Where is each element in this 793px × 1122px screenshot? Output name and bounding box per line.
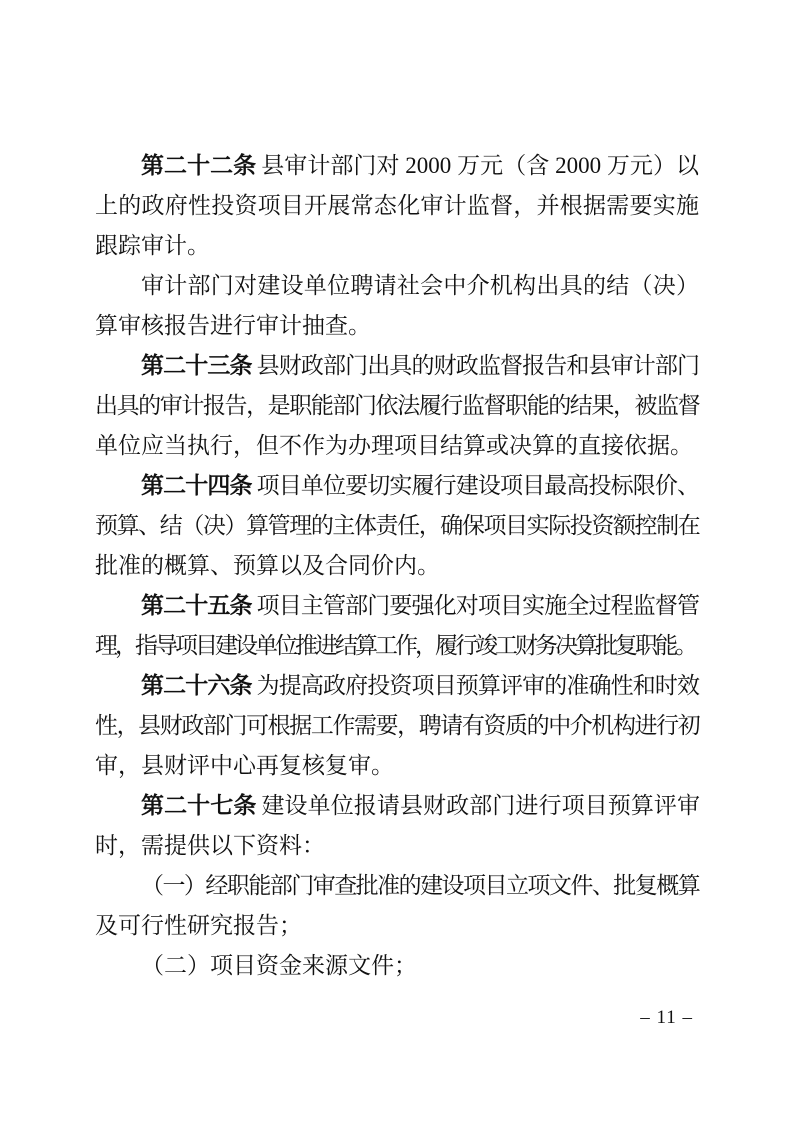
line-text: 项目主管部门要强化对项目实施全过程监督管: [257, 593, 699, 618]
line-text: 县审计部门对 2000 万元（含 2000 万元）以: [261, 153, 699, 178]
line-text: 建设单位报请县财政部门进行项目预算评审: [261, 793, 699, 818]
line-text: 为提高政府投资项目预算评审的准确性和时效: [257, 673, 699, 698]
document-line: （一）经职能部门审查批准的建设项目立项文件、批复概算: [95, 866, 699, 906]
document-line: 单位应当执行，但不作为办理项目结算或决算的直接依据。: [95, 426, 699, 466]
document-line: 跟踪审计。: [95, 226, 699, 266]
document-line: 第二十六条为提高政府投资项目预算评审的准确性和时效: [95, 666, 699, 706]
document-body: 第二十二条县审计部门对 2000 万元（含 2000 万元）以 上的政府性投资项…: [95, 146, 699, 986]
document-line: 性，县财政部门可根据工作需要，聘请有资质的中介机构进行初: [95, 706, 699, 746]
document-line: 及可行性研究报告；: [95, 906, 699, 946]
document-line: 第二十七条建设单位报请县财政部门进行项目预算评审: [95, 786, 699, 826]
line-text: 出具的审计报告，是职能部门依法履行监督职能的结果，被监督: [95, 393, 699, 418]
document-line: 审，县财评中心再复核复审。: [95, 746, 699, 786]
document-line: 出具的审计报告，是职能部门依法履行监督职能的结果，被监督: [95, 386, 699, 426]
document-line: 算审核报告进行审计抽查。: [95, 306, 699, 346]
line-text: 性，县财政部门可根据工作需要，聘请有资质的中介机构进行初: [95, 713, 699, 738]
document-line: 第二十五条项目主管部门要强化对项目实施全过程监督管: [95, 586, 699, 626]
line-text: 上的政府性投资项目开展常态化审计监督，并根据需要实施: [95, 193, 699, 218]
document-line: 批准的概算、预算以及合同价内。: [95, 546, 699, 586]
document-line: 时，需提供以下资料：: [95, 826, 699, 866]
line-text: 审计部门对建设单位聘请社会中介机构出具的结（决）: [141, 273, 699, 298]
document-line: 第二十三条县财政部门出具的财政监督报告和县审计部门: [95, 346, 699, 386]
article-number: 第二十二条: [141, 153, 256, 178]
line-text: （二）项目资金来源文件；: [141, 953, 417, 978]
line-text: 审，县财评中心再复核复审。: [95, 753, 394, 778]
line-text: 批准的概算、预算以及合同价内。: [95, 553, 440, 578]
line-text: （一）经职能部门审查批准的建设项目立项文件、批复概算: [141, 873, 699, 898]
line-text: 单位应当执行，但不作为办理项目结算或决算的直接依据。: [95, 433, 693, 458]
article-number: 第二十三条: [141, 353, 252, 378]
line-text: 预算、结（决）算管理的主体责任，确保项目实际投资额控制在: [95, 513, 699, 538]
document-line: 第二十二条县审计部门对 2000 万元（含 2000 万元）以: [95, 146, 699, 186]
document-line: 理，指导项目建设单位推进结算工作，履行竣工财务决算批复职能。: [95, 626, 699, 666]
document-line: （二）项目资金来源文件；: [95, 946, 699, 986]
document-page: 第二十二条县审计部门对 2000 万元（含 2000 万元）以 上的政府性投资项…: [0, 0, 793, 1122]
document-line: 预算、结（决）算管理的主体责任，确保项目实际投资额控制在: [95, 506, 699, 546]
line-text: 及可行性研究报告；: [95, 913, 302, 938]
article-number: 第二十五条: [141, 593, 252, 618]
article-number: 第二十六条: [141, 673, 252, 698]
line-text: 理，指导项目建设单位推进结算工作，履行竣工财务决算批复职能。: [95, 633, 695, 658]
document-line: 第二十四条项目单位要切实履行建设项目最高投标限价、: [95, 466, 699, 506]
line-text: 项目单位要切实履行建设项目最高投标限价、: [257, 473, 699, 498]
line-text: 跟踪审计。: [95, 233, 210, 258]
line-text: 县财政部门出具的财政监督报告和县审计部门: [257, 353, 699, 378]
line-text: 算审核报告进行审计抽查。: [95, 313, 371, 338]
document-line: 审计部门对建设单位聘请社会中介机构出具的结（决）: [95, 266, 699, 306]
line-text: 时，需提供以下资料：: [95, 833, 325, 858]
article-number: 第二十四条: [141, 473, 252, 498]
page-number: – 11 –: [640, 1003, 693, 1033]
document-line: 上的政府性投资项目开展常态化审计监督，并根据需要实施: [95, 186, 699, 226]
article-number: 第二十七条: [141, 793, 256, 818]
